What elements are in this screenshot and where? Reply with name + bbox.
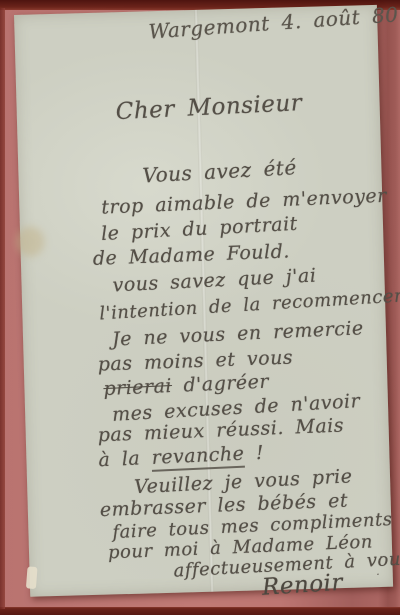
frame-edge-bottom [0,607,400,615]
body-text: à la [98,447,152,471]
body-line-4: de Madame Fould. [92,242,290,269]
letter-paper: Wargemont 4. août 80. Cher Monsieur Vous… [14,5,393,597]
body-text: d'agréer [171,371,269,397]
letter-photograph: Wargemont 4. août 80. Cher Monsieur Vous… [0,0,400,615]
struck-word: prierai [103,375,172,400]
stray-ink-dots: : . [376,550,395,580]
dateline: Wargemont 4. août 80. [148,4,400,43]
salutation: Cher Monsieur [115,91,303,124]
body-line-12-with-underline: à la revanche ! [98,444,264,471]
frame-edge-left [0,8,5,609]
paper-chip [26,566,38,589]
edge-smudge [16,226,45,257]
body-line-2: trop aimable de m'envoyer [101,187,387,219]
body-line-7: Je ne vous en remercie [112,319,364,350]
signature: Renoir [261,571,343,600]
underlined-word: revanche [151,443,245,472]
body-line-1: Vous avez été [142,157,297,186]
body-text: ! [244,442,265,465]
